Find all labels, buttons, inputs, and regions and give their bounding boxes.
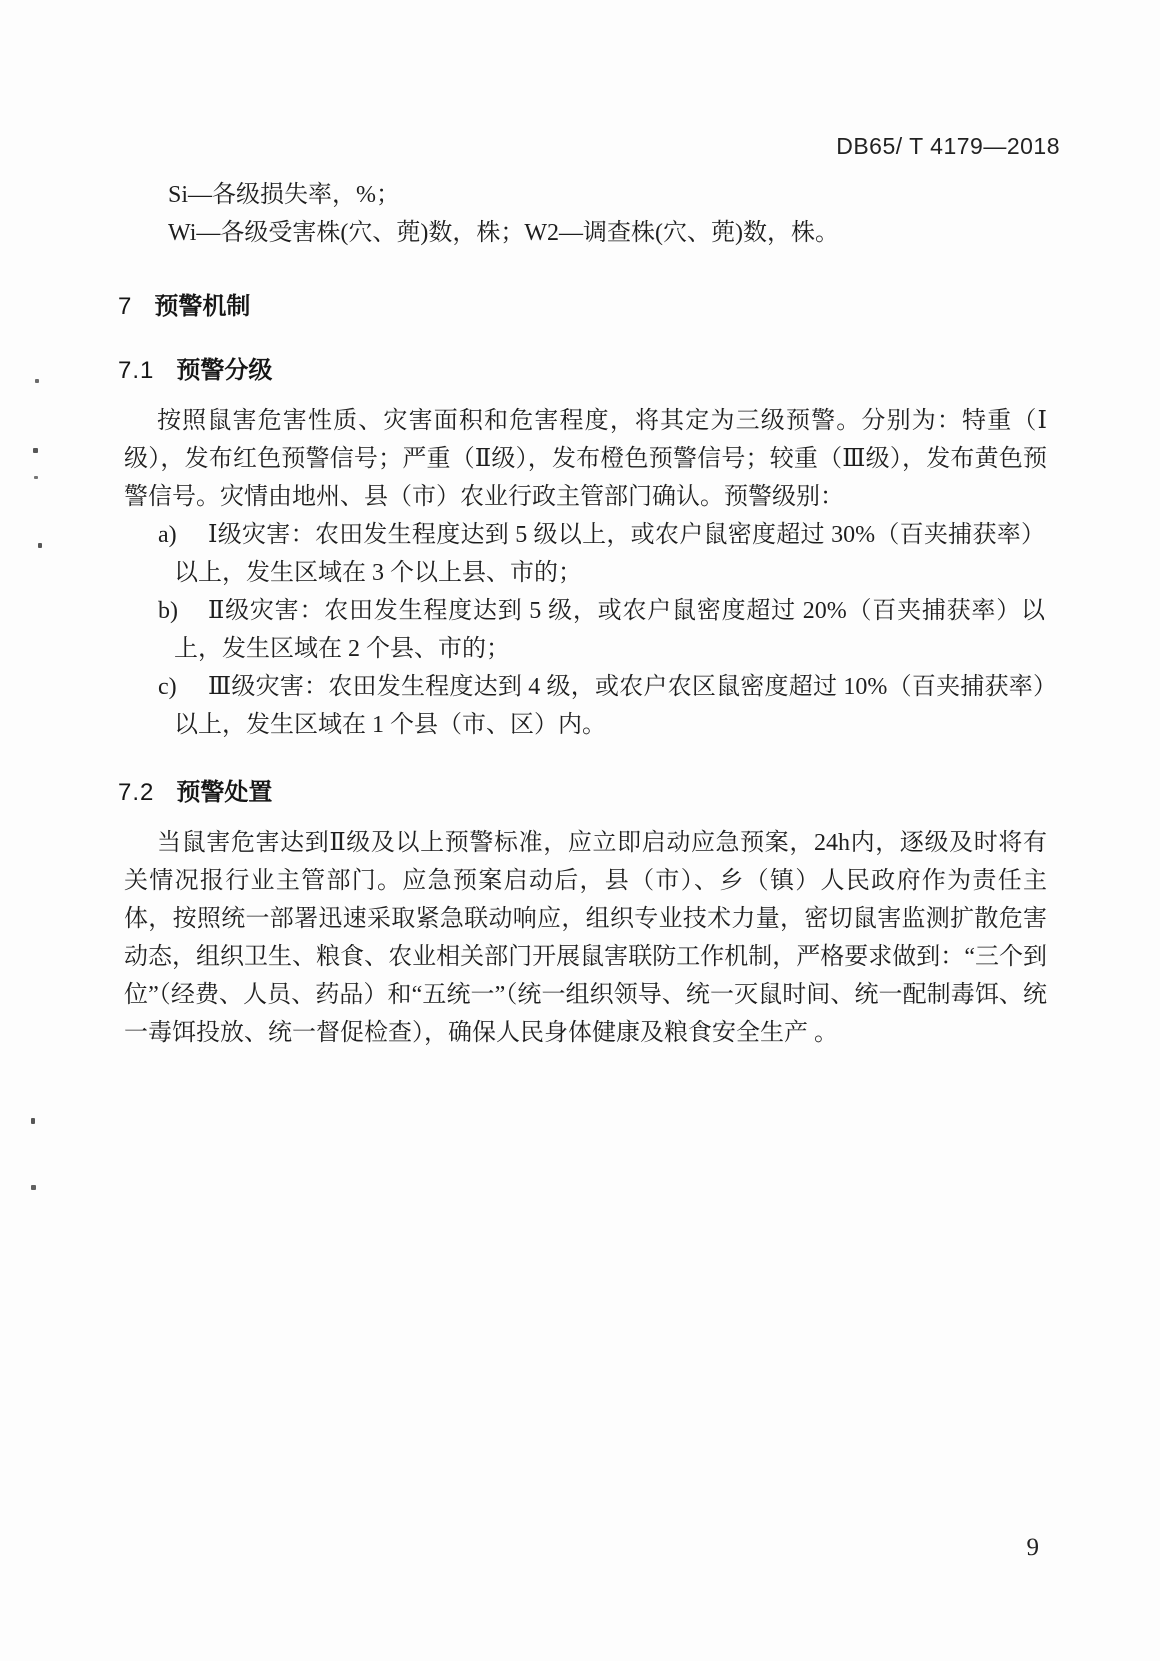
list-item-level-2: b)Ⅱ级灾害：农田发生程度达到 5 级，或农户鼠密度超过 20%（百夹捕获率）以… [174, 592, 1045, 668]
list-item-level-1: a)Ⅰ级灾害：农田发生程度达到 5 级以上，或农户鼠密度超过 30%（百夹捕获率… [174, 516, 1045, 592]
section-7-number: 7 [118, 293, 132, 320]
section-7-2-number: 7.2 [118, 779, 154, 806]
scan-artifact [31, 1118, 35, 1124]
section-7-title: 预警机制 [154, 293, 250, 320]
scan-artifact [35, 379, 39, 383]
scan-artifact [31, 1185, 36, 1190]
symbol-definitions: Si—各级损失率，%； Wi—各级受害株(穴、蔸)数，株；W2—调查株(穴、蔸)… [168, 176, 1060, 252]
document-code-header: DB65/ T 4179—2018 [836, 133, 1060, 160]
document-content: Si—各级损失率，%； Wi—各级受害株(穴、蔸)数，株；W2—调查株(穴、蔸)… [0, 176, 1160, 1052]
section-7-2-title: 预警处置 [176, 779, 272, 806]
list-marker-b: b) [158, 592, 178, 630]
section-7-2-heading: 7.2预警处置 [118, 778, 1060, 808]
warning-level-list: a)Ⅰ级灾害：农田发生程度达到 5 级以上，或农户鼠密度超过 30%（百夹捕获率… [174, 516, 1045, 744]
section-7-heading: 7预警机制 [118, 292, 1060, 322]
list-text-level-3: Ⅲ级灾害：农田发生程度达到 4 级，或农户农区鼠密度超过 10%（百夹捕获率）以… [174, 674, 1045, 738]
document-page: DB65/ T 4179—2018 Si—各级损失率，%； Wi—各级受害株(穴… [0, 0, 1160, 1661]
scan-artifact [38, 543, 42, 548]
section-7-1-title: 预警分级 [176, 357, 272, 384]
scan-artifact [34, 476, 38, 479]
warning-grading-paragraph: 按照鼠害危害性质、灾害面积和危害程度，将其定为三级预警。分别为：特重（Ⅰ级），发… [124, 402, 1047, 516]
list-marker-c: c) [158, 668, 177, 706]
definition-line-si: Si—各级损失率，%； [168, 176, 1060, 214]
warning-response-paragraph: 当鼠害危害达到Ⅱ级及以上预警标准，应立即启动应急预案，24h内，逐级及时将有关情… [124, 824, 1047, 1052]
definition-line-wi: Wi—各级受害株(穴、蔸)数，株；W2—调查株(穴、蔸)数，株。 [168, 214, 1060, 252]
list-text-level-1: Ⅰ级灾害：农田发生程度达到 5 级以上，或农户鼠密度超过 30%（百夹捕获率）以… [174, 522, 1045, 586]
page-number: 9 [1027, 1534, 1040, 1562]
scan-artifact [33, 448, 38, 453]
list-text-level-2: Ⅱ级灾害：农田发生程度达到 5 级，或农户鼠密度超过 20%（百夹捕获率）以上，… [174, 598, 1045, 662]
section-7-1-heading: 7.1预警分级 [118, 356, 1060, 386]
list-marker-a: a) [158, 516, 177, 554]
list-item-level-3: c)Ⅲ级灾害：农田发生程度达到 4 级，或农户农区鼠密度超过 10%（百夹捕获率… [174, 668, 1045, 744]
section-7-1-number: 7.1 [118, 357, 154, 384]
